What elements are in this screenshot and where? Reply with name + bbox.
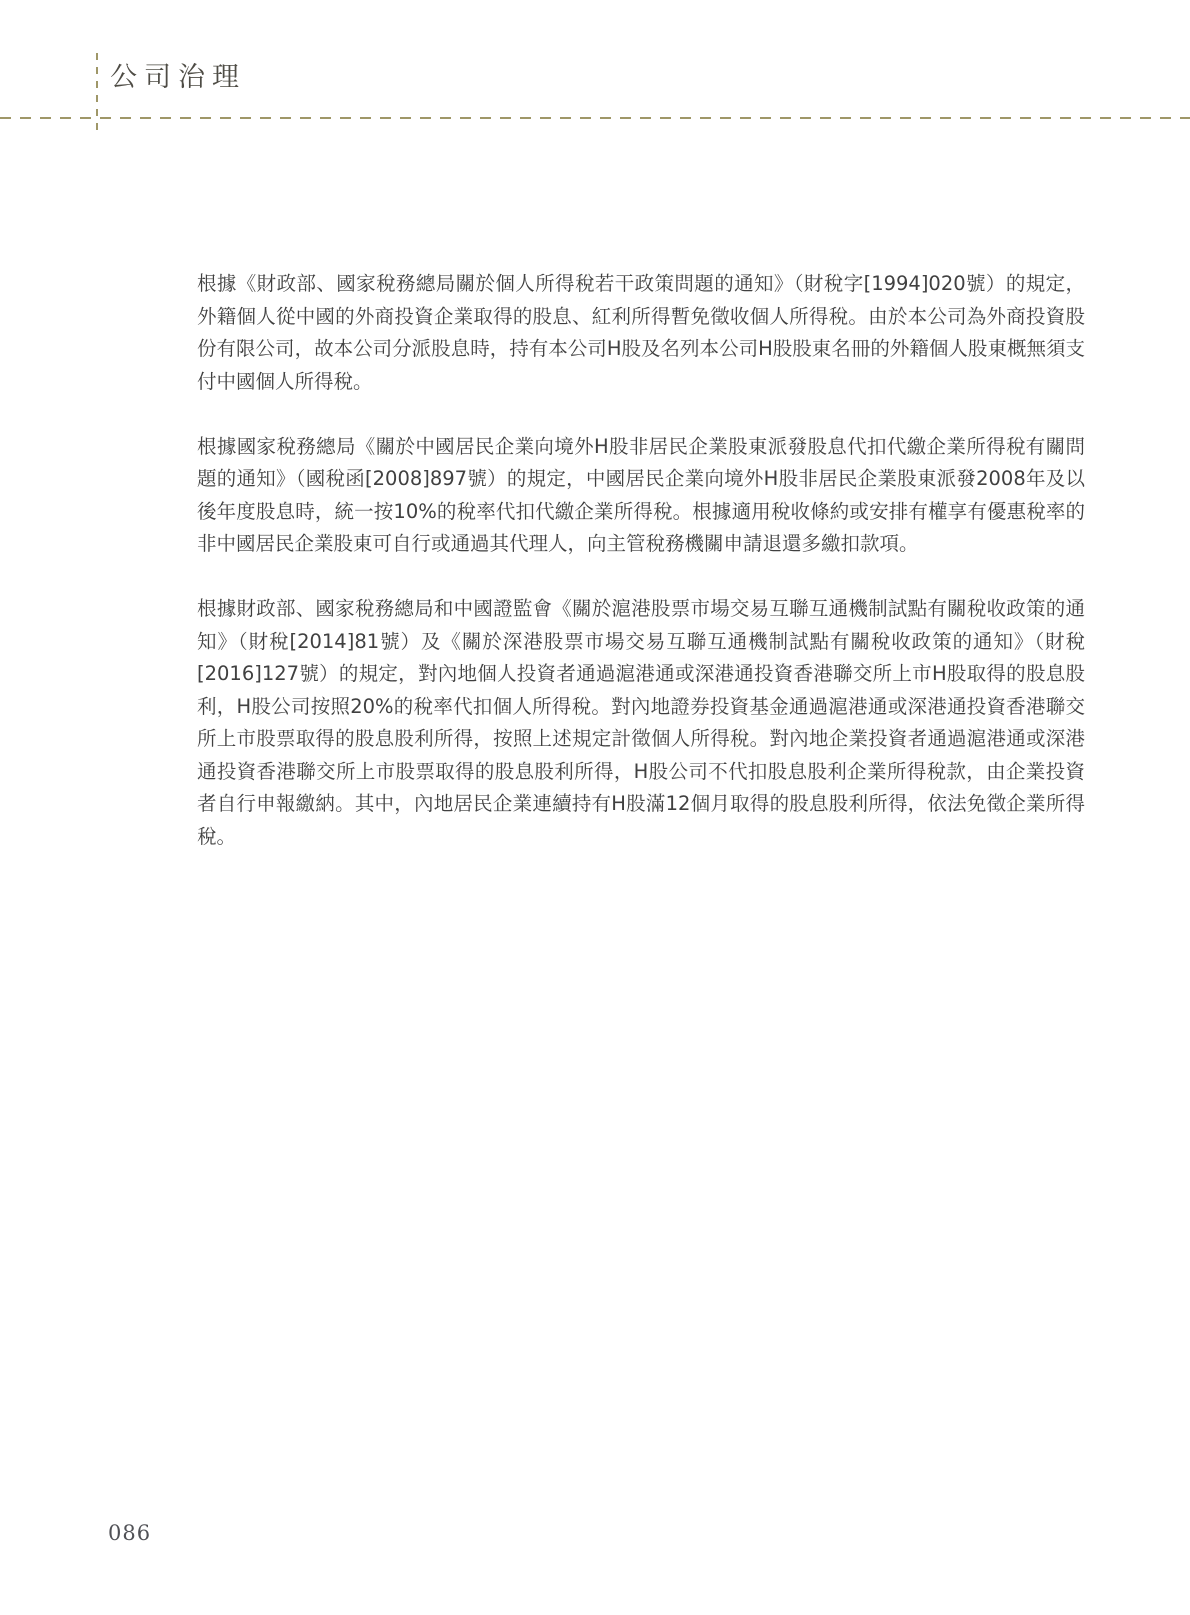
document-page: 公司治理 根據《財政部、國家稅務總局關於個人所得稅若干政策問題的通知》（財稅字[… <box>0 0 1190 1615</box>
paragraph-2: 根據國家稅務總局《關於中國居民企業向境外H股非居民企業股東派發股息代扣代繳企業所… <box>197 431 1085 561</box>
horizontal-dashed-divider <box>0 117 1190 119</box>
page-number: 086 <box>108 1521 151 1545</box>
body-text: 根據《財政部、國家稅務總局關於個人所得稅若干政策問題的通知》（財稅字[1994]… <box>197 268 1085 853</box>
paragraph-3: 根據財政部、國家稅務總局和中國證監會《關於滬港股票市場交易互聯互通機制試點有關稅… <box>197 593 1085 853</box>
vertical-dashed-divider <box>96 53 98 137</box>
page-title: 公司治理 <box>110 55 246 94</box>
paragraph-1: 根據《財政部、國家稅務總局關於個人所得稅若干政策問題的通知》（財稅字[1994]… <box>197 268 1085 398</box>
